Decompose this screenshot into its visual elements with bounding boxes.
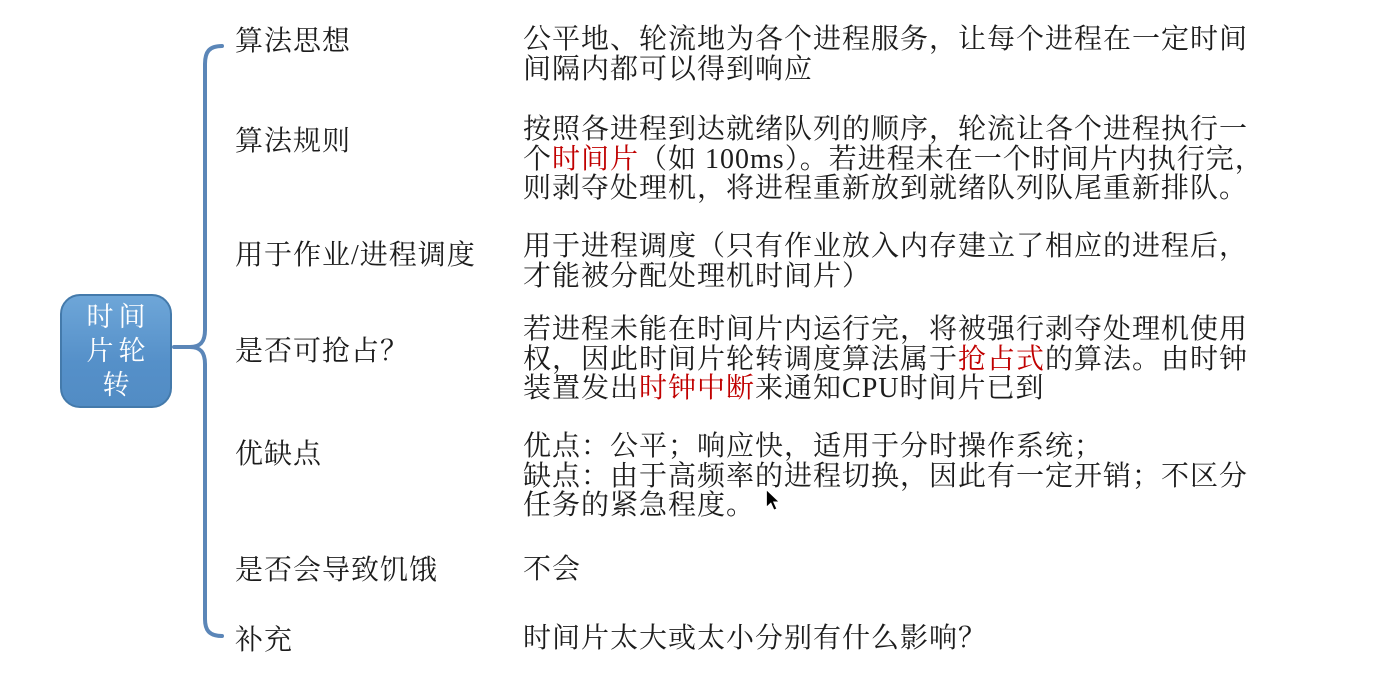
text-segment: 装置发出	[523, 373, 639, 404]
row-label: 补充	[235, 626, 510, 656]
text-line: 公平地、轮流地为各个进程服务，让每个进程在一定时间	[523, 25, 1313, 55]
text-segment: 任务的紧急程度。	[523, 490, 755, 521]
text-line: 不会	[523, 555, 1313, 585]
text-line: 若进程未能在时间片内运行完，将被强行剥夺处理机使用	[523, 315, 1313, 345]
text-segment: 则剥夺处理机，将进程重新放到就绪队列队尾重新排队。	[523, 173, 1248, 204]
text-segment: 若进程未能在时间片内运行完，将被强行剥夺处理机使用	[523, 314, 1248, 345]
row-text: 公平地、轮流地为各个进程服务，让每个进程在一定时间间隔内都可以得到响应	[523, 25, 1313, 84]
topic-node: 时间 片轮 转	[60, 294, 172, 408]
text-segment: 权，因此时间片轮转调度算法属于	[523, 344, 958, 375]
row-text: 若进程未能在时间片内运行完，将被强行剥夺处理机使用权，因此时间片轮转调度算法属于…	[523, 315, 1313, 404]
row-label: 是否会导致饥饿	[235, 556, 510, 586]
text-line: 个时间片（如 100ms）。若进程未在一个时间片内执行完，	[523, 145, 1313, 175]
mouse-cursor	[762, 489, 784, 513]
text-line: 间隔内都可以得到响应	[523, 55, 1313, 85]
row-label: 优缺点	[235, 440, 510, 470]
topic-label-line: 时间	[82, 300, 151, 334]
text-segment: 来通知CPU时间片已到	[755, 373, 1044, 404]
topic-label-line: 转	[98, 368, 135, 402]
text-line: 时间片太大或太小分别有什么影响？	[523, 624, 1313, 654]
row-label: 是否可抢占？	[235, 337, 510, 367]
highlighted-term: 抢占式	[958, 344, 1045, 375]
text-line: 则剥夺处理机，将进程重新放到就绪队列队尾重新排队。	[523, 174, 1313, 204]
text-segment: 缺点：由于高频率的进程切换，因此有一定开销；不区分	[523, 461, 1248, 492]
text-segment: 时间片太大或太小分别有什么影响？	[523, 623, 987, 654]
text-segment: 才能被分配处理机时间片）	[523, 261, 871, 292]
text-line: 才能被分配处理机时间片）	[523, 262, 1313, 292]
row-text: 不会	[523, 555, 1313, 585]
text-line: 任务的紧急程度。	[523, 491, 1313, 521]
slide-canvas: 时间 片轮 转 算法思想公平地、轮流地为各个进程服务，让每个进程在一定时间间隔内…	[0, 0, 1389, 674]
text-segment: 个	[523, 144, 552, 175]
text-segment: 不会	[523, 554, 581, 585]
text-line: 权，因此时间片轮转调度算法属于抢占式的算法。由时钟	[523, 345, 1313, 375]
text-segment: 的算法。由时钟	[1045, 344, 1248, 375]
highlighted-term: 时间片	[552, 144, 639, 175]
text-line: 优点：公平；响应快，适用于分时操作系统；	[523, 432, 1313, 462]
row-text: 时间片太大或太小分别有什么影响？	[523, 624, 1313, 654]
row-text: 按照各进程到达就绪队列的顺序，轮流让各个进程执行一个时间片（如 100ms）。若…	[523, 115, 1313, 204]
text-segment: 按照各进程到达就绪队列的顺序，轮流让各个进程执行一	[523, 114, 1248, 145]
text-line: 按照各进程到达就绪队列的顺序，轮流让各个进程执行一	[523, 115, 1313, 145]
row-text: 优点：公平；响应快，适用于分时操作系统；缺点：由于高频率的进程切换，因此有一定开…	[523, 432, 1313, 521]
topic-label-line: 片轮	[82, 334, 151, 368]
brace-path	[190, 46, 222, 636]
text-segment: 间隔内都可以得到响应	[523, 54, 813, 85]
row-label: 用于作业/进程调度	[235, 241, 510, 271]
text-segment: 公平地、轮流地为各个进程服务，让每个进程在一定时间	[523, 24, 1248, 55]
text-line: 缺点：由于高频率的进程切换，因此有一定开销；不区分	[523, 462, 1313, 492]
text-line: 装置发出时钟中断来通知CPU时间片已到	[523, 374, 1313, 404]
text-segment: 优点：公平；响应快，适用于分时操作系统；	[523, 431, 1103, 462]
row-label: 算法思想	[235, 27, 510, 57]
text-line: 用于进程调度（只有作业放入内存建立了相应的进程后，	[523, 232, 1313, 262]
text-segment: （如 100ms）。若进程未在一个时间片内执行完，	[639, 144, 1264, 175]
row-label: 算法规则	[235, 127, 510, 157]
row-text: 用于进程调度（只有作业放入内存建立了相应的进程后，才能被分配处理机时间片）	[523, 232, 1313, 291]
text-segment: 用于进程调度（只有作业放入内存建立了相应的进程后，	[523, 231, 1248, 262]
highlighted-term: 时钟中断	[639, 373, 755, 404]
